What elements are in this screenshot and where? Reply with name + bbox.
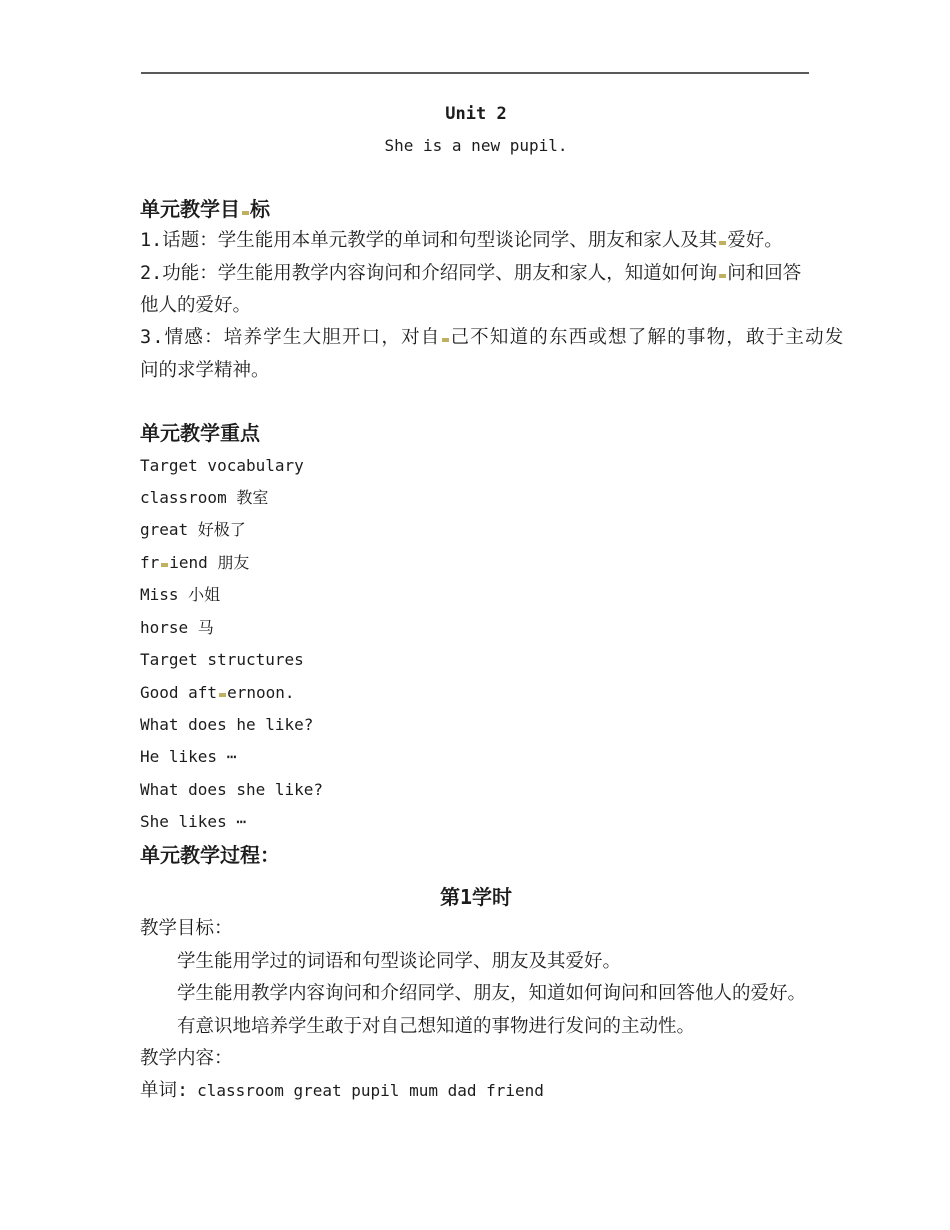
paragraph-text: 爱好。	[727, 230, 783, 251]
paragraph-text: 2.功能：学生能用教学内容询问和介绍同学、朋友和家人，知道如何询	[140, 263, 717, 284]
unit-subtitle: She is a new pupil.	[140, 130, 812, 162]
vocab-line: friend 朋友	[140, 547, 812, 579]
structure-text: Good aft	[140, 683, 217, 702]
paragraph-text: 己不知道的东西或想了解的事物，敢于主动发	[450, 327, 844, 348]
vocab-line: great 好极了	[140, 514, 812, 546]
document-page: Unit 2 She is a new pupil. 单元教学目标 1.话题：学…	[0, 0, 950, 1230]
words-label: 单词:	[140, 1080, 188, 1101]
proofing-mark	[161, 563, 168, 567]
lesson1-goal-line: 学生能用学过的词语和句型谈论同学、朋友及其爱好。	[140, 946, 812, 978]
lesson1-content-label: 教学内容：	[140, 1043, 812, 1075]
structures-line: She likes ⋯	[140, 806, 812, 838]
section-heading-objectives: 单元教学目标	[140, 193, 812, 225]
section-heading-key-points: 单元教学重点	[140, 417, 812, 449]
document-content: Unit 2 She is a new pupil. 单元教学目标 1.话题：学…	[140, 98, 812, 1108]
lesson1-words-line: 单词:classroom great pupil mum dad friend	[140, 1075, 812, 1107]
words-list: classroom great pupil mum dad friend	[197, 1081, 544, 1100]
proofing-mark	[719, 274, 726, 278]
objective-emotion-line: 3.情感：培养学生大胆开口，对自己不知道的东西或想了解的事物，敢于主动发	[140, 322, 812, 354]
vocab-line: horse 马	[140, 612, 812, 644]
heading-text: 标	[250, 197, 270, 221]
section-heading-process: 单元教学过程：	[140, 839, 812, 871]
objective-emotion-line-2: 问的求学精神。	[140, 355, 812, 387]
unit-title: Unit 2	[140, 98, 812, 130]
heading-text: 单元教学目	[140, 197, 240, 221]
proofing-mark	[719, 241, 726, 245]
proofing-mark	[442, 338, 449, 342]
proofing-mark	[219, 693, 226, 697]
objective-function-line-2: 他人的爱好。	[140, 290, 812, 322]
lesson1-goals-label: 教学目标：	[140, 913, 812, 945]
structures-line: What does she like?	[140, 774, 812, 806]
structures-line: What does he like?	[140, 709, 812, 741]
vocab-line: Miss 小姐	[140, 579, 812, 611]
structures-line: Target structures	[140, 644, 812, 676]
paragraph-text: 问和回答	[727, 263, 801, 284]
paragraph-text: 1.话题：学生能用本单元教学的单词和句型谈论同学、朋友和家人及其	[140, 230, 717, 251]
header-rule	[141, 72, 809, 74]
lesson1-goal-line: 有意识地培养学生敢于对自己想知道的事物进行发问的主动性。	[140, 1011, 812, 1043]
vocab-line: classroom 教室	[140, 482, 812, 514]
proofing-mark	[242, 211, 249, 215]
structures-line: Good afternoon.	[140, 677, 812, 709]
structures-line: He likes ⋯	[140, 741, 812, 773]
vocab-line: Target vocabulary	[140, 450, 812, 482]
objective-topic-line: 1.话题：学生能用本单元教学的单词和句型谈论同学、朋友和家人及其爱好。	[140, 225, 812, 257]
lesson1-heading: 第1学时	[140, 881, 812, 913]
vocab-text: fr	[140, 553, 159, 572]
structure-text: ernoon.	[227, 683, 294, 702]
lesson1-goal-line: 学生能用教学内容询问和介绍同学、朋友，知道如何询问和回答他人的爱好。	[140, 978, 812, 1010]
paragraph-text: 3.情感：培养学生大胆开口，对自	[140, 327, 440, 348]
vocab-text: iend 朋友	[169, 553, 249, 572]
objective-function-line: 2.功能：学生能用教学内容询问和介绍同学、朋友和家人，知道如何询问和回答	[140, 258, 812, 290]
